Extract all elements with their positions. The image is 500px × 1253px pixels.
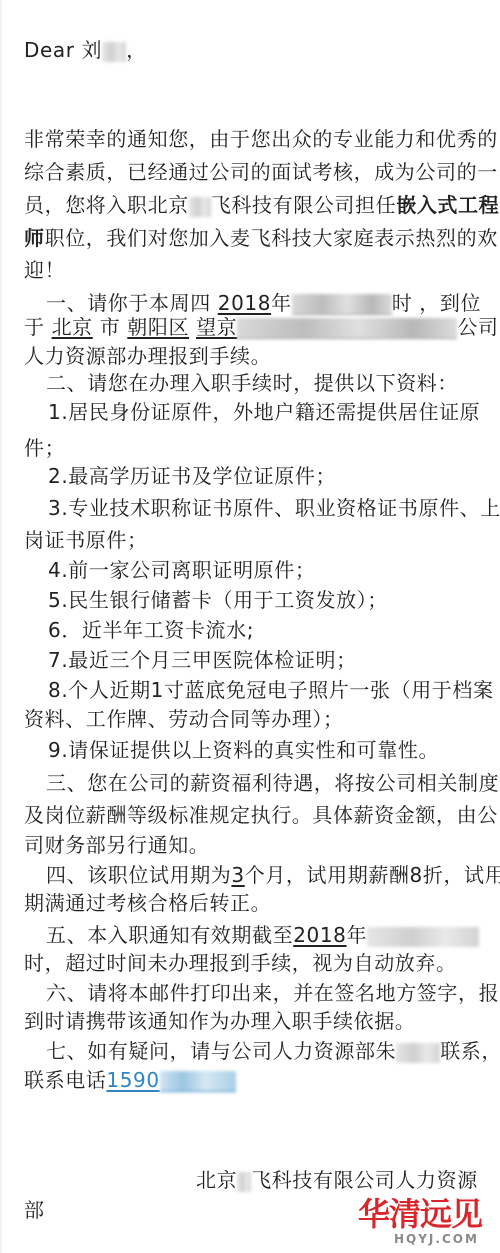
phone-link[interactable]: 1590 [106, 1068, 235, 1092]
area: 望京 [196, 315, 237, 339]
section-text: 五、本入职通知有效期截至 [46, 923, 293, 947]
section-7-line-1: 七、如有疑问，请与公司人力资源部朱联系， [46, 1038, 500, 1064]
signature-text: 飞科技有限公司人力资源 [251, 1168, 478, 1192]
intro-text: 职位，我们对您加入麦飞科技大家庭表示热烈的欢 [45, 226, 498, 250]
signature-line-2: 部 [24, 1197, 45, 1223]
redacted-name [102, 42, 126, 62]
signature-line-1: 北京飞科技有限公司人力资源 [196, 1167, 478, 1193]
doc-item-1-cont: 件； [24, 435, 65, 461]
signature-text: 北京 [196, 1168, 237, 1192]
section-text: 联系电话 [24, 1068, 106, 1092]
job-title-bold: 师 [24, 226, 45, 250]
section-4-line-1: 四、该职位试用期为3个月，试用期薪酬8折，试用 [46, 862, 500, 888]
greeting: Dear 刘， [24, 37, 147, 63]
doc-item-3: 3.专业技术职称证书原件、职业资格证书原件、上 [48, 495, 500, 521]
city: 北京 [52, 315, 93, 339]
section-6-line-1: 六、请将本邮件打印出来，并在签名地方签字，报 [46, 980, 499, 1006]
intro-line-2: 综合素质，已经通过公司的面试考核，成为公司的一 [24, 159, 498, 185]
section-5-line-2: 时，超过时间未办理报到手续，视为自动放弃。 [24, 950, 457, 976]
section-3-line-2: 及岗位薪酬等级标准规定执行。具体薪资金额，由公 [24, 802, 498, 828]
watermark-cn: 华清远见 [358, 1196, 482, 1232]
intro-text: 飞科技有限公司担任 [211, 193, 396, 217]
section-1-line-1: 一、请你于本周四 2018年时 ，到位 [46, 290, 481, 316]
section-3-line-1: 三、您在公司的薪资福利待遇，将按公司相关制度 [46, 770, 499, 796]
doc-item-9: 9.请保证提供以上资料的真实性和可靠性。 [48, 737, 439, 763]
section-5-line-1: 五、本入职通知有效期截至2018年 [46, 922, 479, 948]
doc-item-6: 6．近半年工资卡流水; [48, 617, 254, 643]
section-text: 公司 [457, 315, 498, 339]
section-text: 一、请你于本周四 [46, 291, 218, 315]
intro-line-1: 非常荣幸的通知您，由于您出众的专业能力和优秀的 [24, 126, 498, 152]
district: 朝阳区 [127, 315, 189, 339]
watermark-logo: 华清远见 HQYJ.COM [358, 1196, 498, 1251]
section-6-line-2: 到时请携带该通知作为办理入职手续依据。 [24, 1008, 415, 1034]
doc-item-7: 7.最近三个月三甲医院体检证明； [48, 647, 357, 673]
doc-item-5: 5.民生银行储蓄卡（用于工资发放）； [48, 587, 388, 613]
doc-item-4: 4.前一家公司离职证明原件； [48, 557, 315, 583]
redacted-contact-name [396, 1043, 440, 1063]
doc-item-1: 1.居民身份证原件，外地户籍还需提供居住证原 [48, 399, 480, 425]
redacted-date [292, 294, 392, 315]
section-text: 七、如有疑问，请与公司人力资源部朱 [46, 1039, 396, 1063]
intro-line-4: 师职位，我们对您加入麦飞科技大家庭表示热烈的欢 [24, 225, 498, 251]
section-1-line-3: 人力资源部办理报到手续。 [24, 343, 271, 369]
section-text: 联系， [440, 1039, 500, 1063]
redacted-deadline [367, 927, 479, 947]
section-text: 个月，试用期薪酬8折，试用 [245, 863, 500, 887]
section-text: 时 ，到位 [392, 291, 481, 315]
job-title-bold: 嵌入式工程 [396, 193, 499, 217]
redacted-phone [160, 1071, 236, 1092]
intro-line-5: 迎！ [24, 257, 65, 283]
section-7-line-2: 联系电话1590 [24, 1067, 236, 1093]
doc-item-8-cont: 资料、工作牌、劳动合同等办理）； [24, 706, 344, 732]
greeting-comma: ， [126, 38, 147, 62]
doc-item-3-cont: 岗证书原件； [24, 527, 148, 553]
greeting-text: Dear 刘 [24, 38, 102, 62]
deadline-year: 2018 [293, 923, 346, 947]
redacted-company-char [237, 1172, 251, 1192]
section-2-heading: 二、请您在办理入职手续时，提供以下资料： [46, 370, 458, 396]
doc-item-2: 2.最高学历证书及学位证原件； [48, 463, 336, 489]
redacted-address [237, 318, 457, 339]
section-4-line-2: 期满通过考核合格后转正。 [24, 890, 271, 916]
section-3-line-3: 司财务部另行通知。 [24, 832, 209, 858]
section-text: 年 [271, 291, 292, 315]
section-text: 于 [24, 315, 52, 339]
probation-months: 3 [231, 863, 244, 887]
section-1-line-2: 于 北京 市 朝阳区 望京公司 [24, 314, 498, 340]
section-text: 市 [93, 315, 128, 339]
watermark-en: HQYJ.COM [394, 1232, 479, 1246]
section-text: 年 [347, 923, 368, 947]
report-year: 2018 [218, 291, 271, 315]
phone-number[interactable]: 1590 [106, 1068, 159, 1092]
intro-text: 员，您将入职北京 [24, 193, 189, 217]
intro-line-3: 员，您将入职北京飞科技有限公司担任嵌入式工程 [24, 192, 499, 218]
redacted-company-char [189, 197, 211, 217]
section-text: 四、该职位试用期为 [46, 863, 231, 887]
doc-item-8: 8.个人近期1寸蓝底免冠电子照片一张（用于档案 [48, 677, 494, 703]
